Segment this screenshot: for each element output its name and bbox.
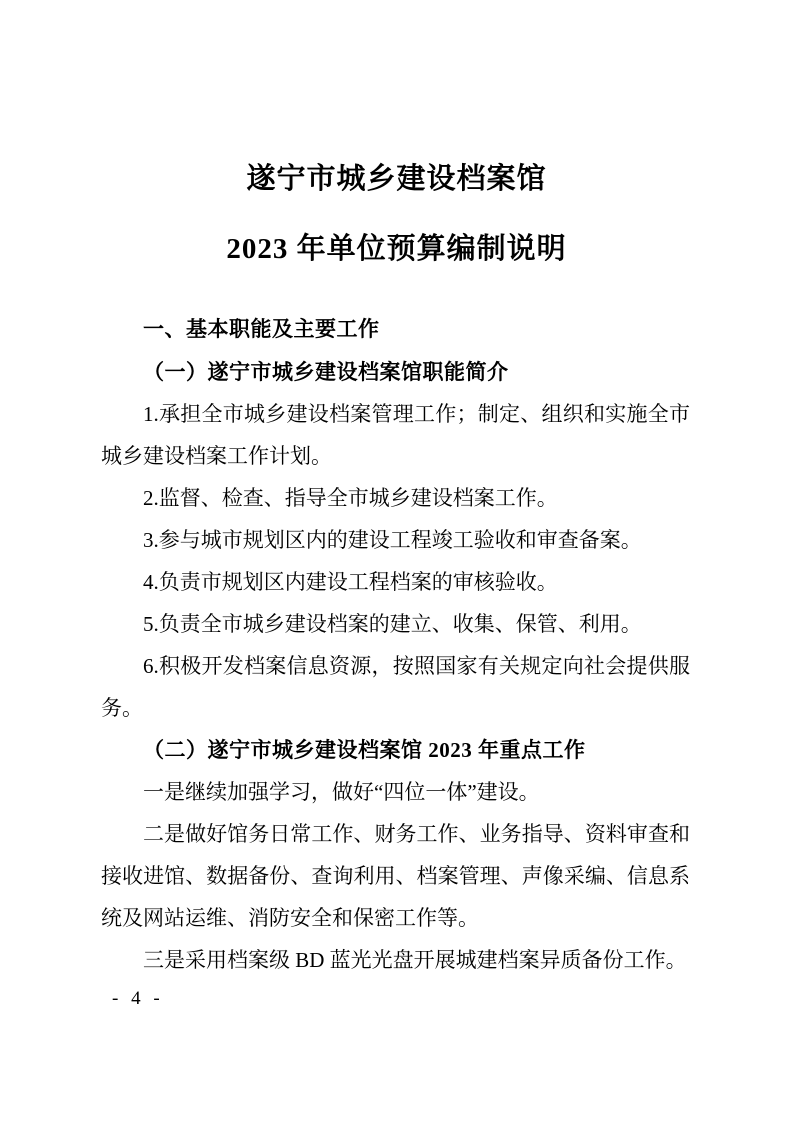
paragraph-item-5: 5.负责全市城乡建设档案的建立、收集、保管、利用。 [101,603,690,645]
document-body: 一、基本职能及主要工作 （一）遂宁市城乡建设档案馆职能简介 1.承担全市城乡建设… [101,309,690,981]
paragraph-item-7: 一是继续加强学习，做好“四位一体”建设。 [101,771,690,813]
paragraph-item-6: 6.积极开发档案信息资源，按照国家有关规定向社会提供服务。 [101,645,690,729]
paragraph-item-2: 2.监督、检查、指导全市城乡建设档案工作。 [101,477,690,519]
subsection-heading-1: （一）遂宁市城乡建设档案馆职能简介 [101,351,690,393]
paragraph-item-8: 二是做好馆务日常工作、财务工作、业务指导、资料审查和接收进馆、数据备份、查询利用… [101,813,690,939]
section-heading-1: 一、基本职能及主要工作 [101,309,690,351]
paragraph-item-4: 4.负责市规划区内建设工程档案的审核验收。 [101,561,690,603]
document-title-block: 遂宁市城乡建设档案馆 2023 年单位预算编制说明 [0,0,793,265]
paragraph-item-1: 1.承担全市城乡建设档案管理工作；制定、组织和实施全市城乡建设档案工作计划。 [101,393,690,477]
document-title-line1: 遂宁市城乡建设档案馆 [0,163,793,195]
paragraph-item-3: 3.参与城市规划区内的建设工程竣工验收和审查备案。 [101,519,690,561]
document-title-line2: 2023 年单位预算编制说明 [0,233,793,265]
document-page: 遂宁市城乡建设档案馆 2023 年单位预算编制说明 一、基本职能及主要工作 （一… [0,0,793,1122]
paragraph-item-9: 三是采用档案级 BD 蓝光光盘开展城建档案异质备份工作。 [101,939,690,981]
subsection-heading-2: （二）遂宁市城乡建设档案馆 2023 年重点工作 [101,729,690,771]
page-number: - 4 - [112,988,164,1010]
